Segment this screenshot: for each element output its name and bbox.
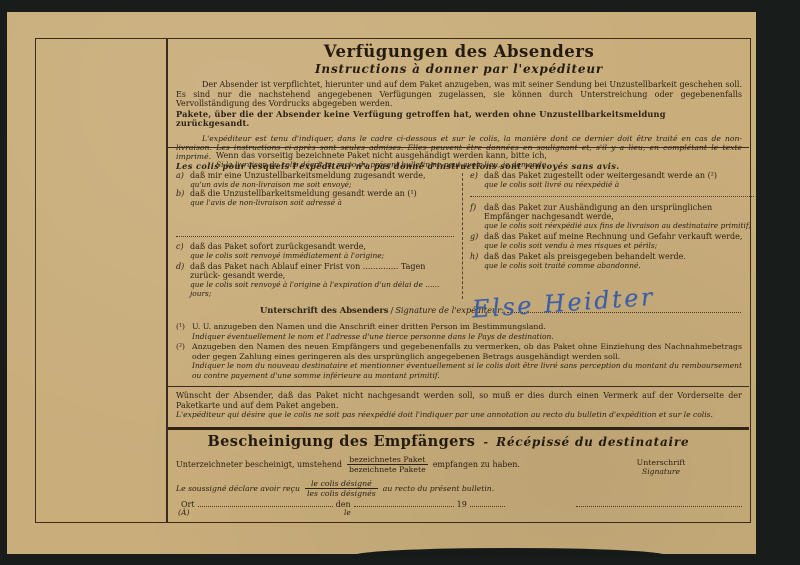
scanned-parcel-form: Verfügungen des Absenders Instructions à… [0, 0, 800, 565]
colis-singular-plural-fraction: le colis désigné les colis désignés [305, 479, 378, 498]
item-text-fr: que le colis soit renvoyé à l'origine à … [190, 280, 454, 298]
note-text-fr: L'expéditeur qui désire que le colis ne … [176, 410, 742, 420]
item-text-de: daß das Paket zur Aushändigung an den ur… [484, 203, 754, 221]
receipt-fr-pre: Le soussigné déclare avoir reçu [176, 484, 300, 493]
note-text-de: Wünscht der Absender, daß das Paket nich… [176, 391, 742, 410]
item-text-de: daß das Paket zugestellt oder weitergesa… [484, 171, 717, 180]
place-fill-in-line [198, 499, 333, 507]
item-text-de: daß mir eine Unzustellbarkeitsmeldung zu… [190, 171, 426, 180]
item-text-fr: que l'avis de non-livraison soit adressé… [190, 198, 417, 207]
recipient-signature-label: Unterschrift Signature [616, 459, 706, 476]
footnotes: (¹) U. U. anzugeben den Namen und die An… [176, 322, 742, 381]
year-fill-in-line [470, 499, 505, 507]
footnote-text-de: Anzugeben den Namen des neuen Empfängers… [192, 342, 742, 361]
receipt-title-fr: Récépissé du destinataire [496, 435, 689, 449]
form-paper: Verfügungen des Absenders Instructions à… [7, 12, 756, 554]
footnote-marker: (¹) [176, 322, 192, 341]
form-subtitle: Instructions à donner par l'expéditeur [176, 62, 742, 76]
paket-singular-plural-fraction: bezeichnetes Paket bezeichnete Pakete [347, 455, 428, 474]
instructions-intro-de: Wenn das vorseitig bezeichnete Paket nic… [216, 151, 743, 160]
item-text-fr: que le colis soit livré ou réexpédié à [484, 180, 717, 189]
instructions-intro-fr: Si la livraison du colis décrit au recto… [216, 160, 743, 169]
item-text-de: daß die Unzustellbarkeitsmeldung gesandt… [190, 189, 417, 198]
instruction-item-d: d) daß das Paket nach Ablauf einer Frist… [176, 262, 454, 298]
footnote-text-fr: Indiquer éventuellement le nom et l'adre… [192, 332, 742, 342]
no-forwarding-note: Wünscht der Absender, daß das Paket nich… [176, 391, 742, 420]
instructions-right-column: e) daß das Paket zugestellt oder weiterg… [470, 171, 754, 270]
item-text-de: daß das Paket auf meine Rechnung und Gef… [484, 232, 742, 241]
paper-edge-shadow [355, 548, 665, 557]
receipt-line-de: Unterzeichneter bescheinigt, umstehend b… [176, 455, 520, 474]
date-label-fr: le [344, 508, 351, 517]
item-text-fr: que le colis soit réexpédié aux fins de … [484, 221, 754, 230]
place-label-fr: (À) [178, 508, 189, 517]
instructions-section: Wenn das vorseitig bezeichnete Paket nic… [176, 151, 743, 305]
instruction-item-e: e) daß das Paket zugestellt oder weiterg… [470, 171, 754, 189]
header-rule [168, 147, 749, 148]
form-content: Verfügungen des Absenders Instructions à… [168, 39, 749, 522]
item-text-fr: qu'un avis de non-livraison me soit envo… [190, 180, 426, 189]
place-date-row: Ort den 19 [178, 499, 505, 509]
item-label: g) [470, 232, 484, 250]
receipt-title-de: Bescheinigung des Empfängers [208, 433, 476, 450]
return-notice-bold-de: Pakete, über die der Absender keine Verf… [176, 110, 742, 129]
instructions-left-column: a) daß mir eine Unzustellbarkeitsmeldung… [176, 171, 454, 298]
receipt-title-separator: - [480, 436, 491, 449]
item-text-fr: que le colis soit vendu à mes risques et… [484, 241, 742, 250]
instruction-item-b: b) daß die Unzustellbarkeitsmeldung gesa… [176, 189, 454, 207]
signature-label-separator: / [389, 305, 396, 315]
receipt-de-pre: Unterzeichneter bescheinigt, umstehend [176, 460, 342, 469]
item-label: a) [176, 171, 190, 189]
footnote-text-fr: Indiquer le nom du nouveau destinataire … [192, 361, 742, 380]
instruction-item-a: a) daß mir eine Unzustellbarkeitsmeldung… [176, 171, 454, 189]
item-label: d) [176, 262, 190, 298]
item-text-de: daß das Paket nach Ablauf einer Frist vo… [190, 262, 454, 280]
fraction-top: le colis désigné [305, 479, 378, 489]
fraction-top: bezeichnetes Paket [347, 455, 428, 465]
year-prefix: 19 [454, 500, 470, 509]
instruction-item-c: c) daß das Paket sofort zurückgesandt we… [176, 242, 454, 260]
recipient-receipt-section: Unterzeichneter bescheinigt, umstehend b… [176, 453, 741, 549]
item-label: c) [176, 242, 190, 260]
fraction-bottom: bezeichnete Pakete [347, 465, 428, 474]
footnote-1: (¹) U. U. anzugeben den Namen und die An… [176, 322, 742, 341]
form-title: Verfügungen des Absenders [176, 42, 742, 61]
instruction-item-h: h) daß das Paket als preisgegeben behand… [470, 252, 754, 270]
receipt-section-heading: Bescheinigung des Empfängers - Récépissé… [168, 431, 729, 450]
item-label: b) [176, 189, 190, 207]
receipt-de-post: empfangen zu haben. [433, 460, 520, 469]
signature-label-de: Unterschrift des Absenders [260, 305, 389, 315]
fraction-bottom: les colis désignés [305, 489, 378, 498]
sender-obligation-paragraph-de: Der Absender ist verpflichtet, hierunter… [176, 80, 742, 109]
form-border: Verfügungen des Absenders Instructions à… [35, 38, 751, 523]
footnote-text-de: U. U. anzugeben den Namen und die Anschr… [192, 322, 742, 332]
item-label: f) [470, 203, 484, 230]
item-label: e) [470, 171, 484, 189]
recipient-signature-fill-in-line [576, 506, 742, 507]
item-text-de: daß das Paket als preisgegeben behandelt… [484, 252, 686, 261]
item-text-fr: que le colis soit traité comme abandonné… [484, 261, 686, 270]
item-text-fr: que le colis soit renvoyé immédiatement … [190, 251, 384, 260]
footnote-marker: (²) [176, 342, 192, 380]
date-fill-in-line [354, 499, 454, 507]
receipt-line-fr: Le soussigné déclare avoir reçu le colis… [176, 479, 494, 498]
instruction-item-g: g) daß das Paket auf meine Rechnung und … [470, 232, 754, 250]
receipt-fr-post: au recto du présent bulletin. [383, 484, 494, 493]
footnotes-rule [168, 386, 749, 387]
signature-label-fr: Signature [616, 468, 706, 477]
address-fill-in-line [176, 236, 454, 237]
instruction-item-f: f) daß das Paket zur Aushändigung an den… [470, 203, 754, 230]
section-divider-thick-rule [168, 427, 749, 430]
item-text-de: daß das Paket sofort zurückgesandt werde… [190, 242, 384, 251]
item-label: h) [470, 252, 484, 270]
sender-signature-row: Unterschrift des Absenders / Signature d… [176, 305, 741, 315]
address-fill-in-line [470, 196, 754, 197]
column-dashed-divider [462, 173, 463, 299]
footnote-2: (²) Anzugeben den Namen des neuen Empfän… [176, 342, 742, 380]
